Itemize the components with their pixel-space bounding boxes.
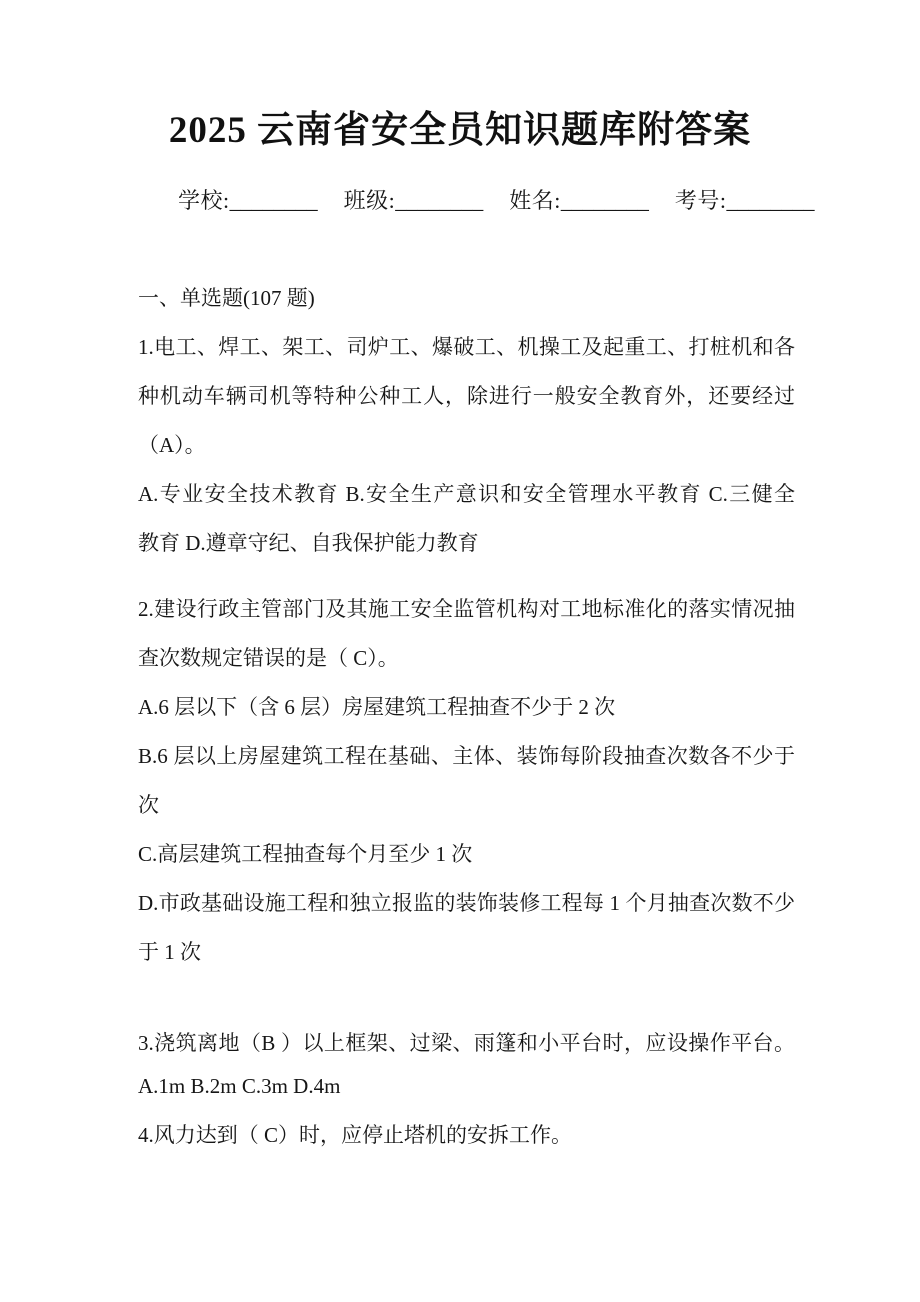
student-info-row: 学校:________ 班级:________ 姓名:________ 考号:_…	[0, 186, 920, 216]
question-2-option-b: 次	[138, 781, 795, 830]
question-2-option-b: B.6 层以上房屋建筑工程在基础、主体、装饰每阶段抽查次数各不少于 1	[138, 732, 795, 781]
question-4-line: 4.风力达到（ C）时，应停止塔机的安拆工作。	[138, 1111, 795, 1160]
question-1-answer: （A）。	[138, 421, 795, 470]
field-name-blank: ________	[561, 186, 649, 216]
field-exam-number-label: 考号:	[675, 186, 727, 216]
document-body: 一、单选题(107 题) 1.电工、焊工、架工、司炉工、爆破工、机操工及起重工、…	[0, 274, 920, 1160]
question-3-options: A.1m B.2m C.3m D.4m	[138, 1068, 795, 1104]
question-2-option-d: D.市政基础设施工程和独立报监的装饰装修工程每 1 个月抽查次数不少	[138, 879, 795, 928]
question-1: 1.电工、焊工、架工、司炉工、爆破工、机操工及起重工、打桩机和各 种机动车辆司机…	[138, 323, 795, 568]
question-2-option-c: C.高层建筑工程抽查每个月至少 1 次	[138, 830, 795, 879]
section-heading: 一、单选题(107 题)	[138, 274, 795, 323]
field-exam-number-blank: ________	[727, 186, 815, 216]
question-2: 2.建设行政主管部门及其施工安全监管机构对工地标准化的落实情况抽 查次数规定错误…	[138, 585, 795, 977]
field-class-blank: ________	[395, 186, 483, 216]
question-4: 4.风力达到（ C）时，应停止塔机的安拆工作。	[138, 1111, 795, 1160]
question-2-line: 2.建设行政主管部门及其施工安全监管机构对工地标准化的落实情况抽	[138, 585, 795, 634]
document-title: 2025 云南省安全员知识题库附答案	[0, 0, 920, 156]
question-1-line: 1.电工、焊工、架工、司炉工、爆破工、机操工及起重工、打桩机和各	[138, 323, 795, 372]
question-1-options: 教育 D.遵章守纪、自我保护能力教育	[138, 519, 795, 568]
document-page: 2025 云南省安全员知识题库附答案 学校:________ 班级:______…	[0, 0, 920, 1302]
field-school: 学校:________	[178, 186, 318, 216]
field-class: 班级:________	[344, 186, 484, 216]
question-2-option-a: A.6 层以下（含 6 层）房屋建筑工程抽查不少于 2 次	[138, 683, 795, 732]
field-name: 姓名:________	[509, 186, 649, 216]
question-3: 3.浇筑离地（B ）以上框架、过梁、雨篷和小平台时，应设操作平台。 A.1m B…	[138, 1019, 795, 1104]
field-class-label: 班级:	[344, 186, 396, 216]
field-name-label: 姓名:	[509, 186, 561, 216]
field-school-blank: ________	[230, 186, 318, 216]
field-school-label: 学校:	[178, 186, 230, 216]
question-2-option-d: 于 1 次	[138, 928, 795, 977]
question-2-line: 查次数规定错误的是（ C）。	[138, 634, 795, 683]
field-exam-number: 考号:________	[675, 186, 815, 216]
question-3-line: 3.浇筑离地（B ）以上框架、过梁、雨篷和小平台时，应设操作平台。	[138, 1019, 795, 1068]
question-1-options: A.专业安全技术教育 B.安全生产意识和安全管理水平教育 C.三健全	[138, 470, 795, 519]
question-1-line: 种机动车辆司机等特种公种工人，除进行一般安全教育外，还要经过	[138, 372, 795, 421]
